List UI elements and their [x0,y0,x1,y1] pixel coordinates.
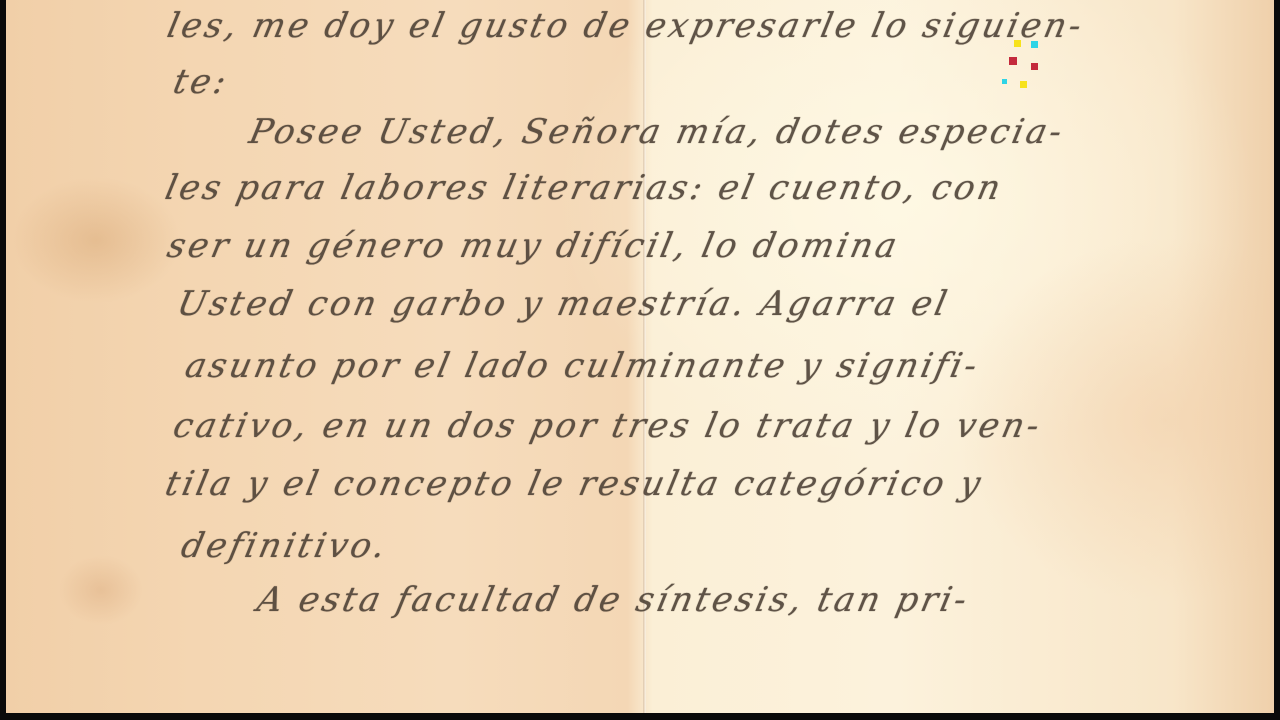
letter-line: te: [170,62,233,102]
letter-line: Posee Usted, Señora mía, dotes especia- [246,112,1069,152]
video-frame: les, me doy el gusto de expresarle lo si… [0,0,1280,720]
handwritten-letter: les, me doy el gusto de expresarle lo si… [6,0,1274,713]
letter-line: asunto por el lado culminante y signifi- [182,346,984,386]
letter-line: tila y el concepto le resulta categórico… [162,464,987,504]
letter-line: les para labores literarias: el cuento, … [162,168,1007,208]
logo-square-cyan [1031,41,1038,48]
letter-line: A esta facultad de síntesis, tan pri- [254,580,973,620]
letter-line: definitivo. [178,526,392,566]
letterbox-bar [0,713,1280,720]
logo-square-cyan [1002,79,1007,84]
logo-square-yellow [1020,81,1027,88]
letter-line: cativo, en un dos por tres lo trata y lo… [170,406,1046,446]
logo-square-yellow [1014,40,1021,47]
channel-logo-icon [998,36,1044,92]
letter-line: les, me doy el gusto de expresarle lo si… [164,6,1088,46]
logo-square-red [1031,63,1038,70]
letter-paper: les, me doy el gusto de expresarle lo si… [6,0,1274,713]
logo-square-red [1009,57,1017,65]
letter-line: ser un género muy difícil, lo domina [164,226,904,266]
letter-line: Usted con garbo y maestría. Agarra el [174,284,953,324]
